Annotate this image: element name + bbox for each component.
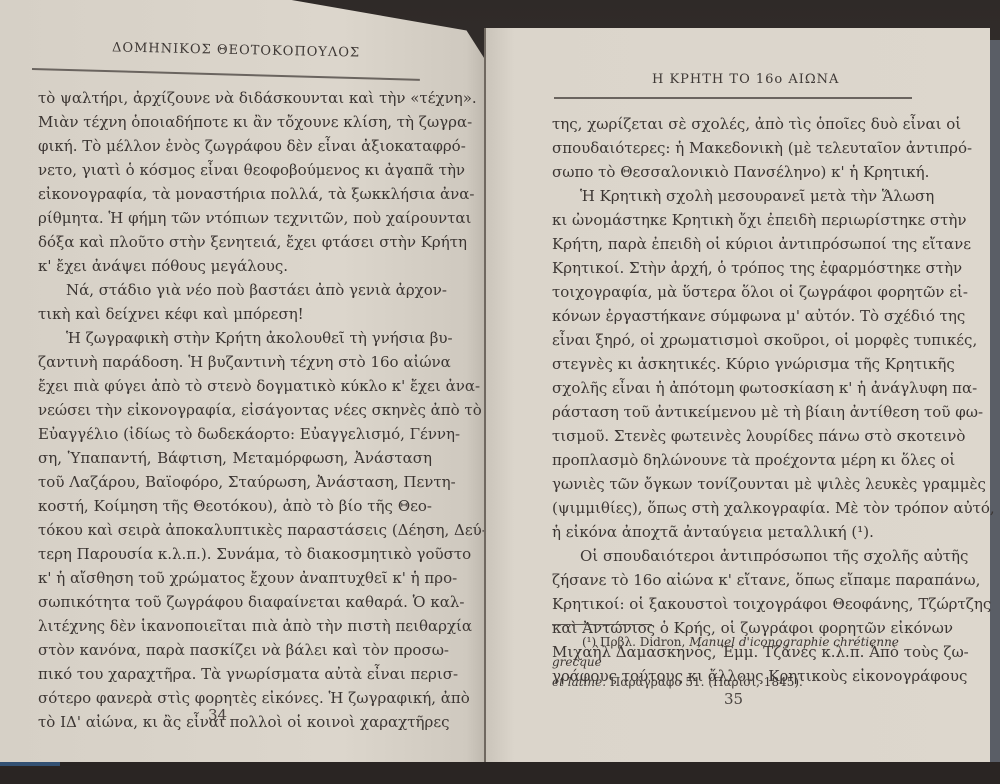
- text-line: τὸ ΙΔ' αἰώνα, κι ἂς εἶναι πολλοὶ οἱ κοιν…: [38, 710, 432, 734]
- footnote: (¹) Πρβλ. Didron, Manuel d'iconographie …: [552, 632, 924, 692]
- footnote-rule: [552, 624, 652, 625]
- text-line: δόξα καὶ πλοῦτο στὴν ξενητειά, ἔχει φτάσ…: [38, 230, 432, 254]
- text-line: ράσταση τοῦ ἀντικείμενου μὲ τὴ βίαιη ἀντ…: [552, 400, 924, 424]
- right-page-body: της, χωρίζεται σὲ σχολές, ἀπὸ τὶς ὁποῖες…: [552, 112, 924, 688]
- text-line: τικὴ καὶ δείχνει κέφι καὶ μπόρεση!: [38, 302, 432, 326]
- text-line: τισμοῦ. Στενὲς φωτεινὲς λουρίδες πάνω στ…: [552, 424, 924, 448]
- text-line: προπλασμὸ δηλώνουνε τὰ προέχοντα μέρη κι…: [552, 448, 924, 472]
- text-line: της, χωρίζεται σὲ σχολές, ἀπὸ τὶς ὁποῖες…: [552, 112, 924, 136]
- text-line: κοστή, Κοίμηση τῆς Θεοτόκου), ἀπὸ τὸ βίο…: [38, 494, 432, 518]
- text-line: τοιχογραφία, μὰ ὕστερα ὅλοι οἱ ζωγράφοι …: [552, 280, 924, 304]
- text-line: νεώσει τὴν εἰκονογραφία, εἰσάγοντας νέες…: [38, 398, 432, 422]
- left-page-body: τὸ ψαλτήρι, ἀρχίζουνε νὰ διδάσκουνται κα…: [38, 86, 432, 734]
- text-line: εἶναι ξηρό, οἱ χρωματισμοὶ σκοῦροι, οἱ μ…: [552, 328, 924, 352]
- right-running-head: Η ΚΡΗΤΗ ΤΟ 16ο ΑΙΩΝΑ: [652, 72, 839, 87]
- text-line: σπουδαιότερες: ἡ Μακεδονικὴ (μὲ τελευταῖ…: [552, 136, 924, 160]
- text-line: πικό του χαραχτῆρα. Τὰ γνωρίσματα αὐτὰ ε…: [38, 662, 432, 686]
- footnote-title-cont: et latine.: [552, 675, 606, 689]
- text-line: Ἡ ζωγραφικὴ στὴν Κρήτη ἀκολουθεῖ τὴ γνήσ…: [38, 326, 432, 350]
- text-line: κ' ἡ αἴσθηση τοῦ χρώματος ἔχουν ἀναπτυχθ…: [38, 566, 432, 590]
- text-line: Κρητικοί: οἱ ξακουστοὶ τοιχογράφοι Θεοφά…: [552, 592, 924, 616]
- text-line: (ψιμμιθίες), ὅπως στὴ χαλκογραφία. Μὲ τὸ…: [552, 496, 924, 520]
- text-line: τοῦ Λαζάρου, Βαϊοφόρο, Σταύρωση, Ἀνάστασ…: [38, 470, 432, 494]
- text-line: ζήσανε τὸ 16ο αἰώνα κ' εἴτανε, ὅπως εἴπα…: [552, 568, 924, 592]
- text-line: εἰκονογραφία, τὰ μοναστήρια πολλά, τὰ ξω…: [38, 182, 432, 206]
- text-line: σωπο τὸ Θεσσαλονικιὸ Πανσέληνο) κ' ἡ Κρη…: [552, 160, 924, 184]
- text-line: Νά, στάδιο γιὰ νέο ποὺ βαστάει ἀπὸ γενιὰ…: [38, 278, 432, 302]
- text-line: Ἡ Κρητικὴ σχολὴ μεσουρανεῖ μετὰ τὴν Ἅλωσ…: [552, 184, 924, 208]
- text-line: ἔχει πιὰ φύγει ἀπὸ τὸ στενὸ δογματικὸ κύ…: [38, 374, 432, 398]
- right-header-rule: [554, 97, 912, 99]
- footnote-marker: (¹): [552, 635, 596, 649]
- text-line: στὸν κανόνα, παρὰ πασκίζει νὰ βάλει καὶ …: [38, 638, 432, 662]
- text-line: γωνιὲς τῶν ὄγκων τονίζουνται μὲ ψιλὲς λε…: [552, 472, 924, 496]
- right-page-number: 35: [724, 690, 743, 708]
- text-line: κ' ἔχει ἀνάψει πόθους μεγάλους.: [38, 254, 432, 278]
- text-line: ζαντινὴ παράδοση. Ἡ βυζαντινὴ τέχνη στὸ …: [38, 350, 432, 374]
- book-spine: [484, 28, 486, 762]
- text-line: τόκου καὶ σειρὰ ἀποκαλυπτικὲς παραστάσει…: [38, 518, 432, 542]
- text-line: ση, Ὑπαπαντή, Βάφτιση, Μεταμόρφωση, Ἀνάσ…: [38, 446, 432, 470]
- footnote-citation: Παράγραφο 51. (Παρίσι, 1845).: [610, 675, 803, 689]
- text-line: Κρητικοί. Στὴν ἀρχή, ὁ τρόπος της ἐφαρμό…: [552, 256, 924, 280]
- text-line: τερη Παρουσία κ.λ.π.). Συνάμα, τὸ διακοσ…: [38, 542, 432, 566]
- text-line: σότερο φανερὰ στὶς φορητὲς εἰκόνες. Ἡ ζω…: [38, 686, 432, 710]
- footnote-ref: Πρβλ. Didron,: [600, 635, 685, 649]
- text-line: ρίθμητα. Ἡ φήμη τῶν ντόπιων τεχνιτῶν, πο…: [38, 206, 432, 230]
- text-line: τὸ ψαλτήρι, ἀρχίζουνε νὰ διδάσκουνται κα…: [38, 86, 432, 110]
- text-line: λιτέχνης δὲν ἱκανοποιεῖται πιὰ ἀπὸ τὴν π…: [38, 614, 432, 638]
- text-line: Οἱ σπουδαιότεροι ἀντιπρόσωποι τῆς σχολῆς…: [552, 544, 924, 568]
- text-line: νετο, γιατὶ ὁ κόσμος εἶναι θεοφοβούμενος…: [38, 158, 432, 182]
- text-line: Εὐαγγέλιο (ἰδίως τὸ δωδεκάορτο: Εὐαγγελι…: [38, 422, 432, 446]
- text-line: σχολῆς εἶναι ἡ ἀπότομη φωτοσκίαση κ' ἡ ἀ…: [552, 376, 924, 400]
- text-line: φική. Τὸ μέλλον ἑνὸς ζωγράφου δὲν εἶναι …: [38, 134, 432, 158]
- text-line: σωπικότητα τοῦ ζωγράφου διαφαίνεται καθα…: [38, 590, 432, 614]
- text-line: στεγνὲς κι ἀσκητικές. Κύριο γνώρισμα τῆς…: [552, 352, 924, 376]
- text-line: ἡ εἰκόνα ἀποχτᾶ ἀνταύγεια μεταλλική (¹).: [552, 520, 924, 544]
- text-line: Κρήτη, παρὰ ἐπειδὴ οἱ κύριοι ἀντιπρόσωπο…: [552, 232, 924, 256]
- text-line: κόνων ἐργαστήκανε σύμφωνα μ' αὐτόν. Τὸ σ…: [552, 304, 924, 328]
- left-page-number: 34: [208, 706, 227, 724]
- text-line: Μιὰν τέχνη ὁποιαδήποτε κι ἂν τὄχουνε κλί…: [38, 110, 432, 134]
- text-line: κι ὠνομάστηκε Κρητικὴ ὄχι ἐπειδὴ περιωρί…: [552, 208, 924, 232]
